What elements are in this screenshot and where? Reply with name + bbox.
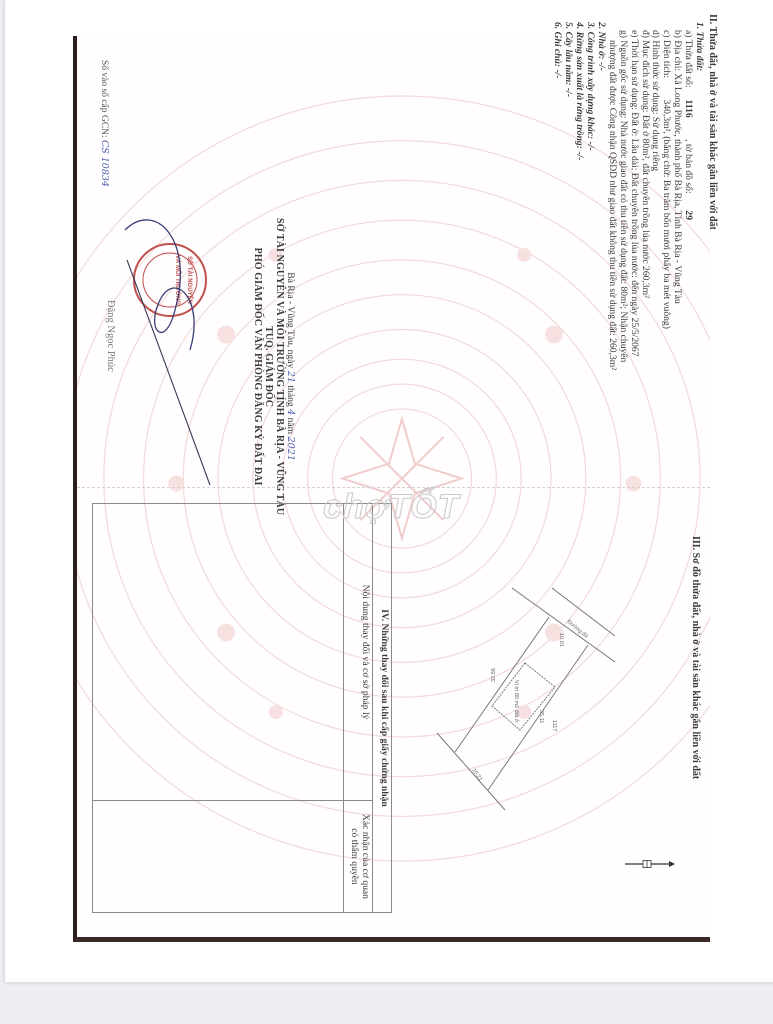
signature-stroke xyxy=(127,260,210,485)
authority-line-1: Xác nhận của cơ quan xyxy=(360,814,371,899)
dim-bottom: 10.21 xyxy=(470,768,483,783)
section-ii-land-info: II. Thửa đất, nhà ở và tài sản khác gắn … xyxy=(551,14,717,370)
place-date-line: Bà Rịa - Vũng Tàu, ngày 21 tháng 4 năm 2… xyxy=(284,218,295,515)
land-plot-diagram: Đường đá 10.01 32.56 35.11 10.21 1117 Vị… xyxy=(425,570,615,820)
usage-term-row: e) Thời hạn sử dụng: Đất ở: Lâu dài; Đất… xyxy=(628,14,639,370)
registry-number: CS 10834 xyxy=(99,140,110,187)
authorization-line: TUQ. GIÁM ĐỐC xyxy=(262,218,273,515)
column-header-authority-confirmation: Xác nhận của cơ quan có thẩm quyền xyxy=(344,801,373,913)
parcel-number-row: a) Thửa đất số: 1116 , tờ bản đồ số: 29 xyxy=(682,14,693,370)
area-label: c) Diện tích: xyxy=(661,30,672,78)
house-row: 2. Nhà ở: -/- xyxy=(595,14,606,370)
signature-scribble xyxy=(125,220,194,350)
parcel-number-label: a) Thửa đất số: xyxy=(683,30,694,88)
authority-confirmation-cell xyxy=(93,801,344,913)
area-value: 340,3m², (bằng chữ: Ba trăm bốn mươi phẩ… xyxy=(661,100,672,329)
usage-origin-row: g) Nguồn gốc sử dụng: Nhà nước giao đất … xyxy=(617,14,628,370)
usage-origin-row-cont: nhượng đất được Công nhận QSDD như giao … xyxy=(606,14,617,370)
usage-purpose-row: đ) Mục đích sử dụng: Đất ở 80m², đất chu… xyxy=(639,14,650,370)
other-construction-row: 3. Công trình xây dựng khác: -/- xyxy=(584,14,595,370)
issuing-org: SỞ TÀI NGUYÊN VÀ MÔI TRƯỜNG TỈNH BÀ RỊA … xyxy=(273,218,284,515)
section-iv-title: IV. Những thay đổi sau khi cấp giấy chứn… xyxy=(373,504,392,913)
issue-year: 2021 xyxy=(285,437,296,461)
authority-line-2: có thẩm quyền xyxy=(349,828,360,884)
issue-month: 4 xyxy=(285,409,296,415)
usage-form-row: d) Hình thức sử dụng: Sử dụng riêng xyxy=(650,14,661,370)
production-forest-row: 4. Rừng sản xuất là rừng trồng: -/- xyxy=(573,14,584,370)
house-position-label: Vị trí 80 m2 đất ở xyxy=(513,680,520,723)
place-date-prefix: Bà Rịa - Vũng Tàu, ngày xyxy=(285,272,296,368)
notes-row: 6. Ghi chú: -/- xyxy=(551,14,562,370)
section-iii-title: III. Sơ đồ thửa đất, nhà ở và tài sản kh… xyxy=(689,536,700,779)
month-label: tháng xyxy=(285,385,296,406)
signer-position: PHÓ GIÁM ĐỐC VĂN PHÒNG ĐĂNG KÝ ĐẤT ĐAI xyxy=(251,218,262,515)
image-viewer-card: II. Thửa đất, nhà ở và tài sản khác gắn … xyxy=(4,0,773,982)
registry-label: Số vào sổ cấp GCN: xyxy=(99,60,109,138)
neighbor-parcel: 1117 xyxy=(551,720,557,731)
change-content-cell xyxy=(93,504,344,801)
map-sheet-label: , tờ bản đồ số: xyxy=(683,139,694,193)
dim-right: 35.11 xyxy=(538,710,544,723)
north-arrow-icon xyxy=(625,858,675,870)
signer-name: Đặng Ngọc Phúc xyxy=(104,300,115,372)
section-iv-changes-table: IV. Những thay đổi sau khi cấp giấy chứn… xyxy=(92,503,392,913)
area-row: c) Diện tích: 340,3m², (bằng chữ: Ba tră… xyxy=(660,14,671,370)
map-sheet-number: 29 xyxy=(683,210,694,220)
dim-left: 32.56 xyxy=(491,668,497,682)
official-stamp: SỞ TÀI NGUYÊN VÀ MÔI TRƯỜNG xyxy=(115,200,235,490)
perennial-trees-row: 5. Cây lâu năm: -/- xyxy=(562,14,573,370)
parcel-number: 1116 xyxy=(683,100,694,118)
signature-block: Bà Rịa - Vũng Tàu, ngày 21 tháng 4 năm 2… xyxy=(251,218,295,515)
registry-number-line: Số vào sổ cấp GCN: CS 10834 xyxy=(98,60,109,187)
column-header-change-content: Nội dung thay đổi và cơ sở pháp lý xyxy=(344,504,373,801)
land-parcel-heading: 1. Thửa đất: xyxy=(693,14,704,370)
address-row: b) Địa chỉ: Xã Long Phước, thành phố Bà … xyxy=(671,14,682,370)
section-ii-title: II. Thửa đất, nhà ở và tài sản khác gắn … xyxy=(706,14,717,370)
year-label: năm xyxy=(285,418,296,435)
dim-top: 10.01 xyxy=(558,633,564,647)
chotot-watermark: chợTỐT xyxy=(323,488,460,527)
issue-day: 21 xyxy=(285,371,296,383)
